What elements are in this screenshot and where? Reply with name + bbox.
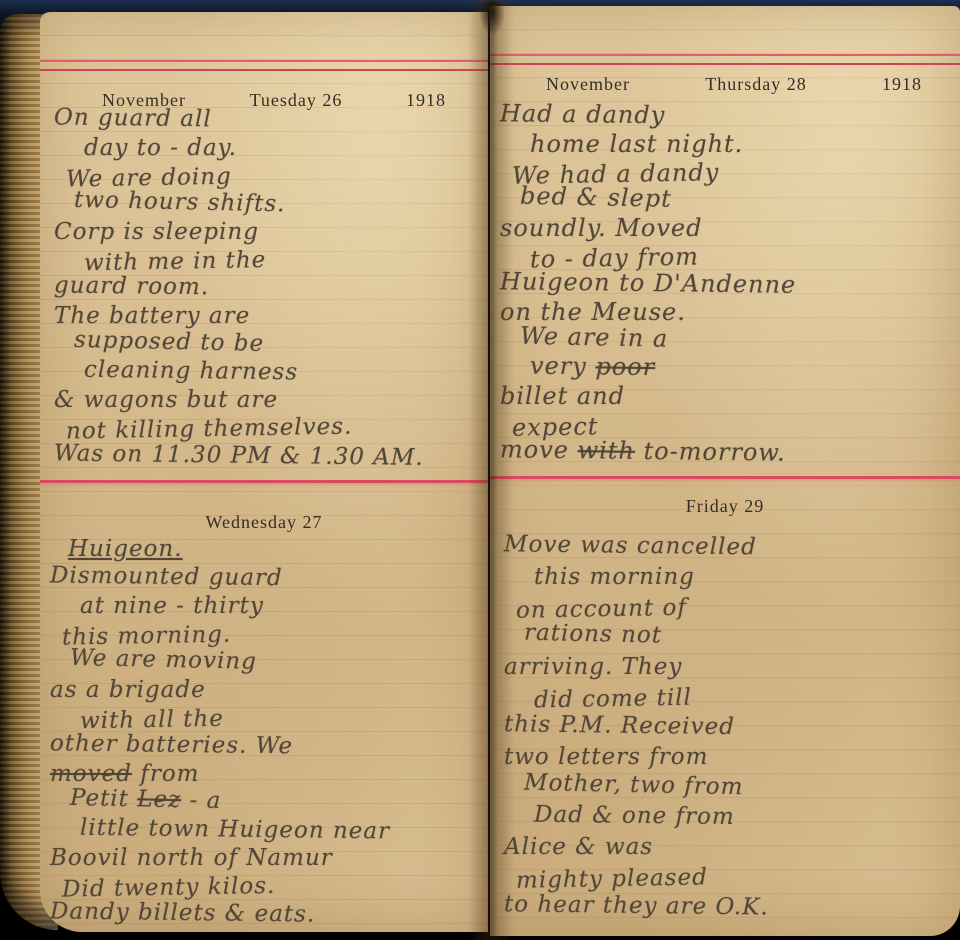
handwriting-line: & wagons but are <box>54 386 484 414</box>
red-rule-top-left <box>40 60 488 71</box>
handwriting-line: rations not <box>504 617 957 656</box>
handwriting-line: to hear they are O.K. <box>504 889 956 925</box>
handwriting-line: On guard all <box>54 103 484 136</box>
handwriting-line: billet and <box>500 382 956 410</box>
handwriting-line: this P.M. Received <box>504 709 956 745</box>
handwriting-line: two letters from <box>504 742 956 772</box>
book-gutter-shadow <box>468 0 514 940</box>
handwriting-line: little town Huigeon near <box>50 813 484 846</box>
handwriting-line: Corp is sleeping <box>54 218 484 246</box>
handwriting-line: other batteries. We <box>50 729 484 762</box>
day-label-right: Thursday 28 <box>705 74 806 95</box>
handwriting-line: very poor <box>500 351 956 385</box>
handwriting-line: Had a dandy <box>500 99 956 133</box>
handwriting-line: cleaning harness <box>54 355 484 388</box>
red-rule-top-right <box>490 54 960 65</box>
entry-tuesday-26: On guard allday to - day.We are doingtwo… <box>54 106 484 470</box>
handwriting-line: at nine - thirty <box>50 592 484 620</box>
handwriting-line: day to - day. <box>54 134 484 162</box>
handwriting-line: move with to-morrow. <box>500 435 956 469</box>
handwriting-line: guard room. <box>54 271 484 304</box>
handwriting-line: Alice & was <box>504 832 956 862</box>
right-page-date-header: November Thursday 28 1918 <box>490 74 960 95</box>
handwriting-line: Dismounted guard <box>50 561 484 594</box>
handwriting-line: Was on 11.30 PM & 1.30 AM. <box>54 439 484 472</box>
year-label-right: 1918 <box>882 74 922 95</box>
entry-thursday-28: Had a dandyhome last night.We had a dand… <box>500 102 956 466</box>
handwriting-line: Boovil north of Namur <box>50 844 484 872</box>
spine-notch <box>479 2 505 36</box>
handwriting-line: The battery are <box>54 302 484 330</box>
entry-friday-29: Move was cancelledthis morningon account… <box>504 532 956 922</box>
diary-book: November Tuesday 26 1918 On guard allday… <box>0 0 960 940</box>
handwriting-line: Dandy billets & eats. <box>50 897 484 930</box>
red-rule-mid-left <box>40 480 488 483</box>
handwriting-line: We are moving <box>50 643 484 680</box>
red-rule-mid-right <box>490 476 960 479</box>
handwriting-line: two hours shifts. <box>54 186 484 223</box>
handwriting-line: soundly. Moved <box>500 214 956 242</box>
handwriting-line: Move was cancelled <box>504 529 956 565</box>
struck-word: with <box>577 436 635 465</box>
friday-29-header: Friday 29 <box>490 496 960 517</box>
month-label-right: November <box>546 74 630 95</box>
wednesday-27-place-note: Huigeon. <box>68 536 183 562</box>
handwriting-line: Huigeon to D'Andenne <box>500 267 956 301</box>
handwriting-line: moved from <box>50 760 484 788</box>
handwriting-line: Dad & one from <box>504 799 956 835</box>
struck-word: Lez <box>137 786 182 813</box>
handwriting-line: home last night. <box>500 130 956 158</box>
handwriting-line: as a brigade <box>50 676 484 704</box>
struck-word: poor <box>595 352 655 381</box>
wednesday-27-header: Wednesday 27 <box>40 512 488 533</box>
handwriting-line: this morning <box>504 562 956 592</box>
left-page: November Tuesday 26 1918 On guard allday… <box>40 12 488 932</box>
right-page: November Thursday 28 1918 Had a dandyhom… <box>490 6 960 936</box>
handwriting-line: arriving. They <box>504 652 956 682</box>
entry-wednesday-27: Dismounted guardat nine - thirtythis mor… <box>50 564 484 928</box>
